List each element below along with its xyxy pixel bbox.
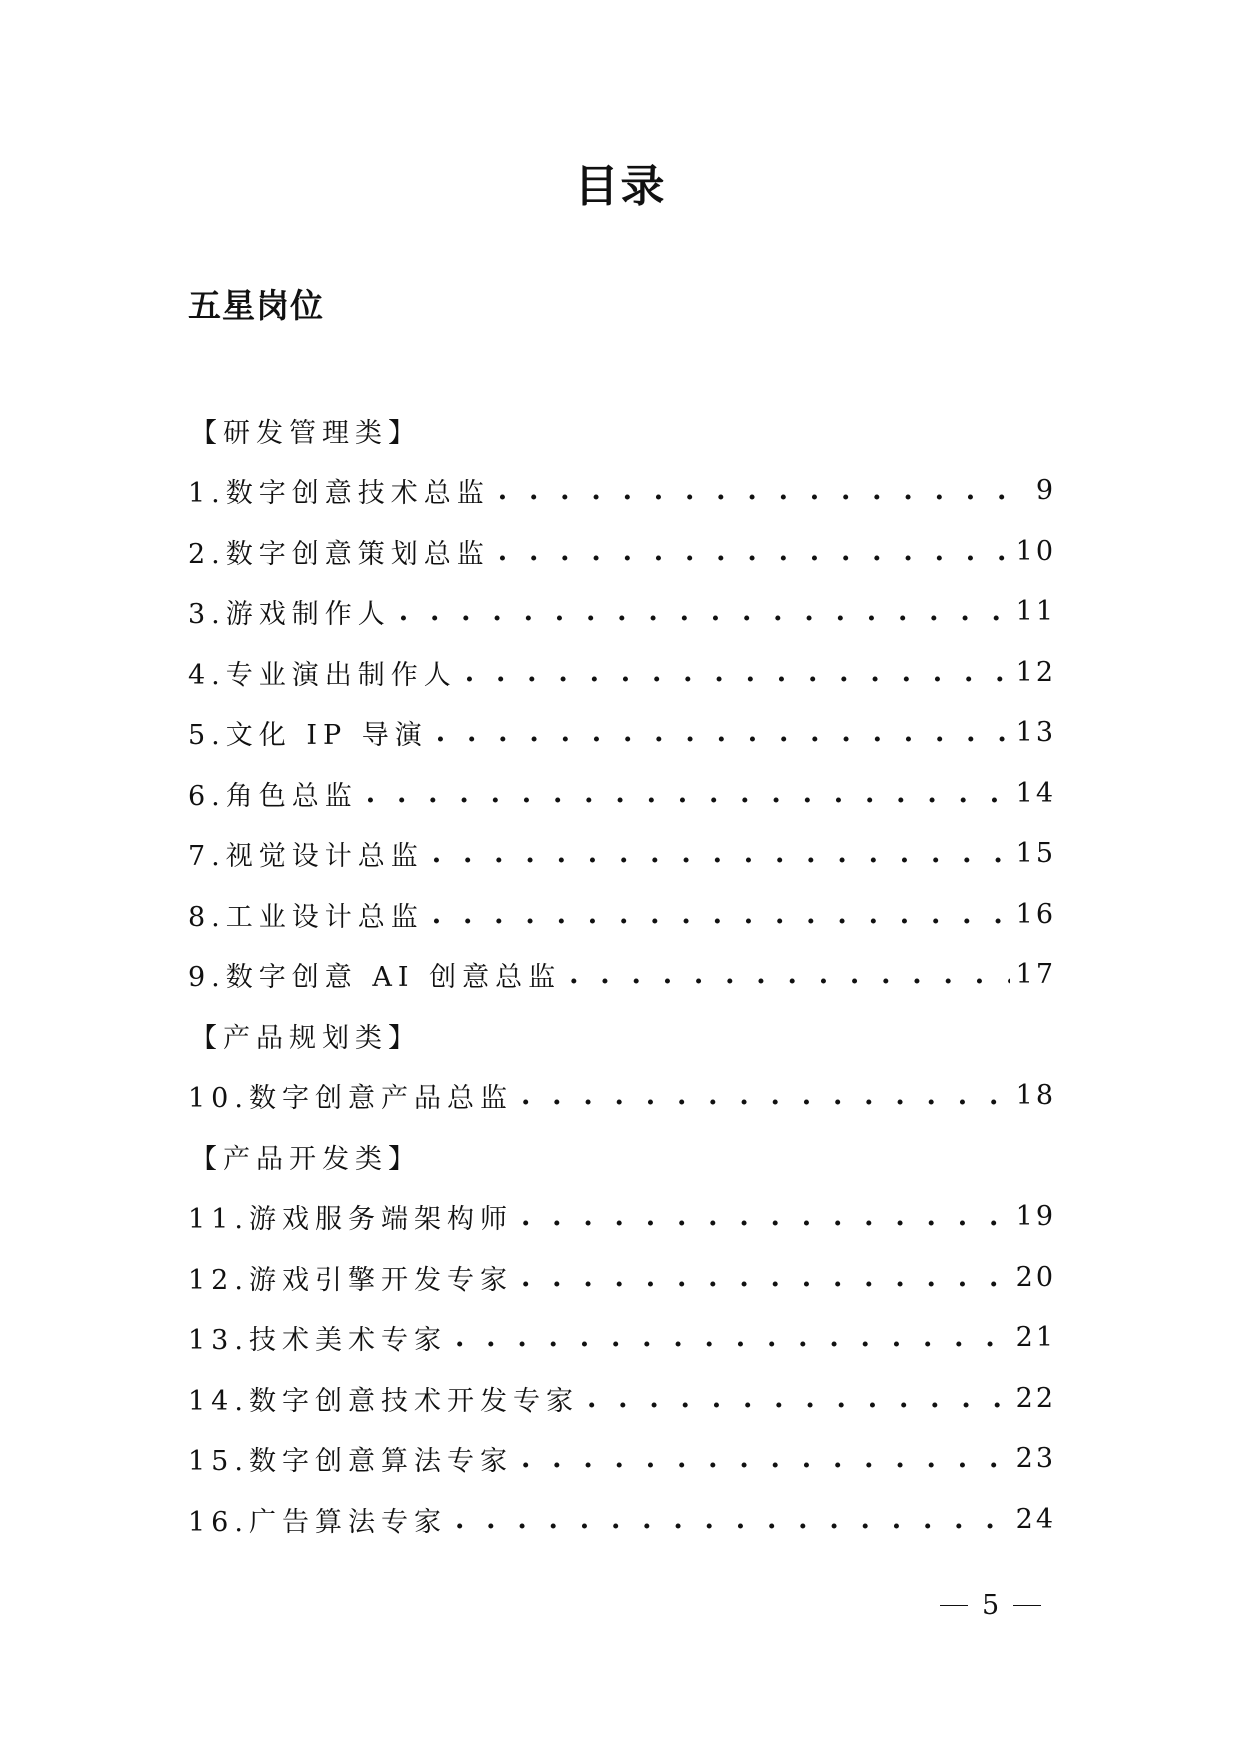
entry-page: 19 bbox=[1016, 1201, 1056, 1232]
dot-leader bbox=[587, 1383, 1010, 1414]
toc-entry[interactable]: 1.数字创意技术总监9 bbox=[188, 461, 1056, 522]
entry-page: 10 bbox=[1016, 536, 1056, 567]
footer-dash-left bbox=[940, 1605, 968, 1607]
dot-leader bbox=[432, 899, 1010, 930]
dot-leader bbox=[521, 1262, 1010, 1293]
page-number: 5 bbox=[982, 1590, 999, 1621]
toc-entry[interactable]: 16.广告算法专家24 bbox=[188, 1489, 1056, 1550]
toc-entry[interactable]: 9.数字创意 AI 创意总监17 bbox=[188, 945, 1056, 1006]
toc-entry[interactable]: 4.专业演出制作人12 bbox=[188, 642, 1056, 703]
dot-leader bbox=[455, 1504, 1010, 1535]
dot-leader bbox=[432, 838, 1010, 869]
entry-page: 20 bbox=[1016, 1262, 1056, 1293]
entry-label: 9.数字创意 AI 创意总监 bbox=[188, 955, 561, 994]
entry-page: 9 bbox=[1036, 475, 1056, 506]
table-of-contents: 【研发管理类】 1.数字创意技术总监9 2.数字创意策划总监10 3.游戏制作人… bbox=[188, 400, 1056, 1550]
entry-page: 18 bbox=[1016, 1080, 1056, 1111]
entry-label: 13.技术美术专家 bbox=[188, 1318, 447, 1357]
entry-page: 14 bbox=[1016, 778, 1056, 809]
entry-page: 23 bbox=[1016, 1443, 1056, 1474]
page-footer: 5 bbox=[940, 1590, 1041, 1621]
toc-entry[interactable]: 3.游戏制作人11 bbox=[188, 582, 1056, 643]
category-label: 【研发管理类】 bbox=[190, 411, 421, 450]
entry-label: 8.工业设计总监 bbox=[188, 895, 424, 934]
page-title: 目录 bbox=[0, 150, 1241, 214]
dot-leader bbox=[465, 657, 1010, 688]
entry-label: 2.数字创意策划总监 bbox=[188, 532, 490, 571]
category-label: 【产品开发类】 bbox=[190, 1137, 421, 1176]
section-heading: 五星岗位 bbox=[188, 280, 324, 327]
entry-page: 12 bbox=[1016, 657, 1056, 688]
entry-label: 3.游戏制作人 bbox=[188, 592, 391, 631]
dot-leader bbox=[366, 778, 1010, 809]
toc-category: 【产品开发类】 bbox=[188, 1126, 1056, 1187]
entry-label: 10.数字创意产品总监 bbox=[188, 1076, 513, 1115]
entry-page: 24 bbox=[1016, 1504, 1056, 1535]
toc-entry[interactable]: 10.数字创意产品总监18 bbox=[188, 1066, 1056, 1127]
dot-leader bbox=[521, 1201, 1010, 1232]
toc-entry[interactable]: 13.技术美术专家21 bbox=[188, 1308, 1056, 1369]
toc-entry[interactable]: 7.视觉设计总监15 bbox=[188, 824, 1056, 885]
dot-leader bbox=[569, 959, 1010, 990]
dot-leader bbox=[521, 1443, 1010, 1474]
entry-page: 22 bbox=[1016, 1383, 1056, 1414]
entry-page: 13 bbox=[1016, 717, 1056, 748]
entry-label: 14.数字创意技术开发专家 bbox=[188, 1379, 579, 1418]
toc-category: 【研发管理类】 bbox=[188, 400, 1056, 461]
entry-page: 11 bbox=[1016, 596, 1056, 627]
toc-entry[interactable]: 11.游戏服务端架构师19 bbox=[188, 1187, 1056, 1248]
entry-label: 6.角色总监 bbox=[188, 774, 358, 813]
dot-leader bbox=[498, 475, 1030, 506]
entry-label: 1.数字创意技术总监 bbox=[188, 471, 490, 510]
dot-leader bbox=[455, 1322, 1010, 1353]
entry-label: 15.数字创意算法专家 bbox=[188, 1439, 513, 1478]
entry-label: 12.游戏引擎开发专家 bbox=[188, 1258, 513, 1297]
toc-entry[interactable]: 14.数字创意技术开发专家22 bbox=[188, 1368, 1056, 1429]
dot-leader bbox=[436, 717, 1010, 748]
toc-entry[interactable]: 12.游戏引擎开发专家20 bbox=[188, 1247, 1056, 1308]
dot-leader bbox=[498, 536, 1010, 567]
toc-entry[interactable]: 2.数字创意策划总监10 bbox=[188, 521, 1056, 582]
category-label: 【产品规划类】 bbox=[190, 1016, 421, 1055]
entry-label: 5.文化 IP 导演 bbox=[188, 713, 428, 752]
entry-page: 21 bbox=[1016, 1322, 1056, 1353]
entry-label: 7.视觉设计总监 bbox=[188, 834, 424, 873]
toc-entry[interactable]: 8.工业设计总监16 bbox=[188, 884, 1056, 945]
toc-entry[interactable]: 15.数字创意算法专家23 bbox=[188, 1429, 1056, 1490]
dot-leader bbox=[521, 1080, 1010, 1111]
entry-page: 15 bbox=[1016, 838, 1056, 869]
entry-page: 17 bbox=[1016, 959, 1056, 990]
entry-label: 4.专业演出制作人 bbox=[188, 653, 457, 692]
toc-entry[interactable]: 5.文化 IP 导演13 bbox=[188, 703, 1056, 764]
toc-entry[interactable]: 6.角色总监14 bbox=[188, 763, 1056, 824]
footer-dash-right bbox=[1013, 1605, 1041, 1607]
toc-category: 【产品规划类】 bbox=[188, 1005, 1056, 1066]
entry-page: 16 bbox=[1016, 899, 1056, 930]
entry-label: 16.广告算法专家 bbox=[188, 1500, 447, 1539]
dot-leader bbox=[399, 596, 1010, 627]
entry-label: 11.游戏服务端架构师 bbox=[188, 1197, 513, 1236]
